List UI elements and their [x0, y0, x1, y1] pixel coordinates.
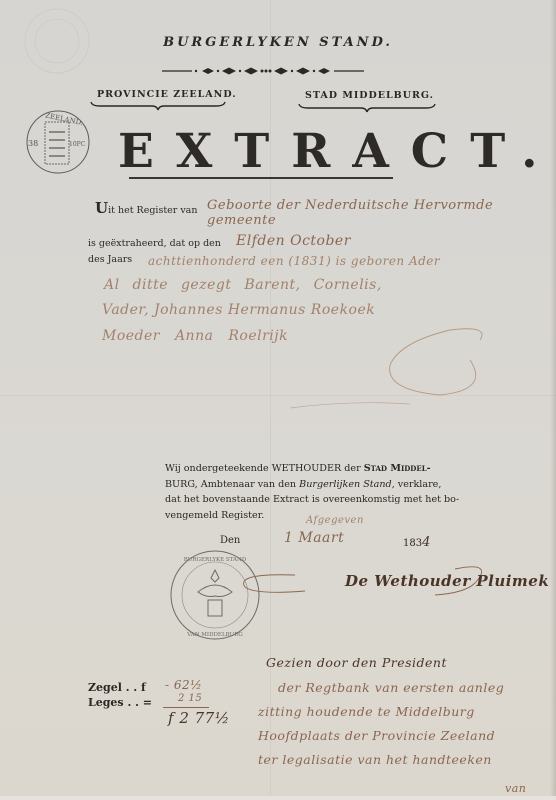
signature: De Wethouder Pluimek — [345, 572, 549, 590]
legalization-line: der Regtbank van eersten aanleg — [278, 680, 504, 695]
register-label: it het Register van — [108, 205, 197, 216]
date-handwritten: 1 Maart — [284, 530, 344, 546]
drop-cap: U — [95, 199, 108, 217]
declaration-text: , verklare, — [392, 479, 442, 490]
birth-date-handwritten: Elfden October — [236, 233, 351, 249]
svg-text:VAN MIDDELBURG: VAN MIDDELBURG — [186, 632, 243, 638]
year-printed: 1834 — [403, 535, 431, 550]
svg-text:10PC: 10PC — [69, 141, 86, 148]
zegel-label: Zegel . . f — [88, 680, 152, 695]
declaration-text: Wij ondergeteekende WETHOUDER der — [165, 463, 361, 474]
brace-divider-icon — [298, 103, 436, 113]
zegel-value: - 62½ — [165, 678, 202, 692]
date-label: Den — [220, 535, 240, 546]
year-label: des Jaars — [88, 254, 132, 265]
legalization-line: Gezien door den President — [266, 655, 447, 670]
paper-edge-shadow — [550, 0, 556, 800]
fees-total: f 2 77½ — [168, 709, 230, 727]
pen-flourish-icon — [290, 320, 500, 420]
paper-fold-vertical — [270, 0, 271, 800]
birth-year-handwritten: achttienhonderd een (1831) is geboren Ad… — [148, 254, 440, 268]
province-label: PROVINCIE ZEELAND. — [97, 89, 237, 100]
ornament-divider-icon — [162, 66, 364, 76]
issued-handwritten: Afgegeven — [306, 515, 364, 526]
register-type-handwritten: Geboorte der Nederduitsche Hervormde gem… — [207, 198, 556, 228]
declaration-text: BURG, Ambtenaar van den — [165, 479, 296, 490]
leges-value: 2 15 — [178, 693, 202, 704]
brace-divider-icon — [90, 101, 226, 111]
city-label: STAD MIDDELBURG. — [305, 90, 434, 101]
main-title: EXTRACT. — [118, 124, 556, 179]
legalization-line: van — [505, 782, 526, 795]
civil-registry-name: Burgerlijken Stand — [299, 479, 392, 490]
declaration-text: dat het bovenstaande Extract is overeenk… — [165, 492, 485, 508]
extracted-date-label: is geëxtraheerd, dat op den — [88, 238, 221, 249]
svg-text:ZEELAND.: ZEELAND. — [44, 111, 83, 127]
year-prefix: 183 — [403, 538, 422, 549]
legalization-line: zitting houdende te Middelburg — [258, 704, 475, 719]
city-name: Stad Middel- — [364, 463, 431, 474]
declaration-paragraph: Wij ondergeteekende WETHOUDER der Stad M… — [165, 461, 485, 523]
fees-block: Zegel . . f Leges . . = — [88, 680, 152, 710]
tax-stamp-icon: ZEELAND. 38 10PC — [25, 108, 91, 176]
header-title: BURGERLYKEN STAND. — [0, 35, 556, 50]
father-name-handwritten: Vader, Johannes Hermanus Roekoek — [102, 302, 375, 318]
sum-rule — [163, 707, 209, 708]
year-suffix-handwritten: 4 — [422, 535, 431, 550]
title-rule — [129, 177, 393, 179]
paper-bottom-edge — [0, 796, 556, 800]
svg-text:38: 38 — [28, 139, 38, 148]
legalization-line: ter legalisatie van het handteeken — [258, 752, 492, 767]
leges-label: Leges . . = — [88, 695, 152, 710]
legalization-line: Hoofdplaats der Provincie Zeeland — [258, 728, 495, 743]
register-line-prefix: Uit het Register van — [95, 199, 197, 217]
child-name-handwritten: Al ditte gezegt Barent, Cornelis, — [104, 277, 382, 293]
mother-name-handwritten: Moeder Anna Roelrijk — [102, 328, 288, 344]
